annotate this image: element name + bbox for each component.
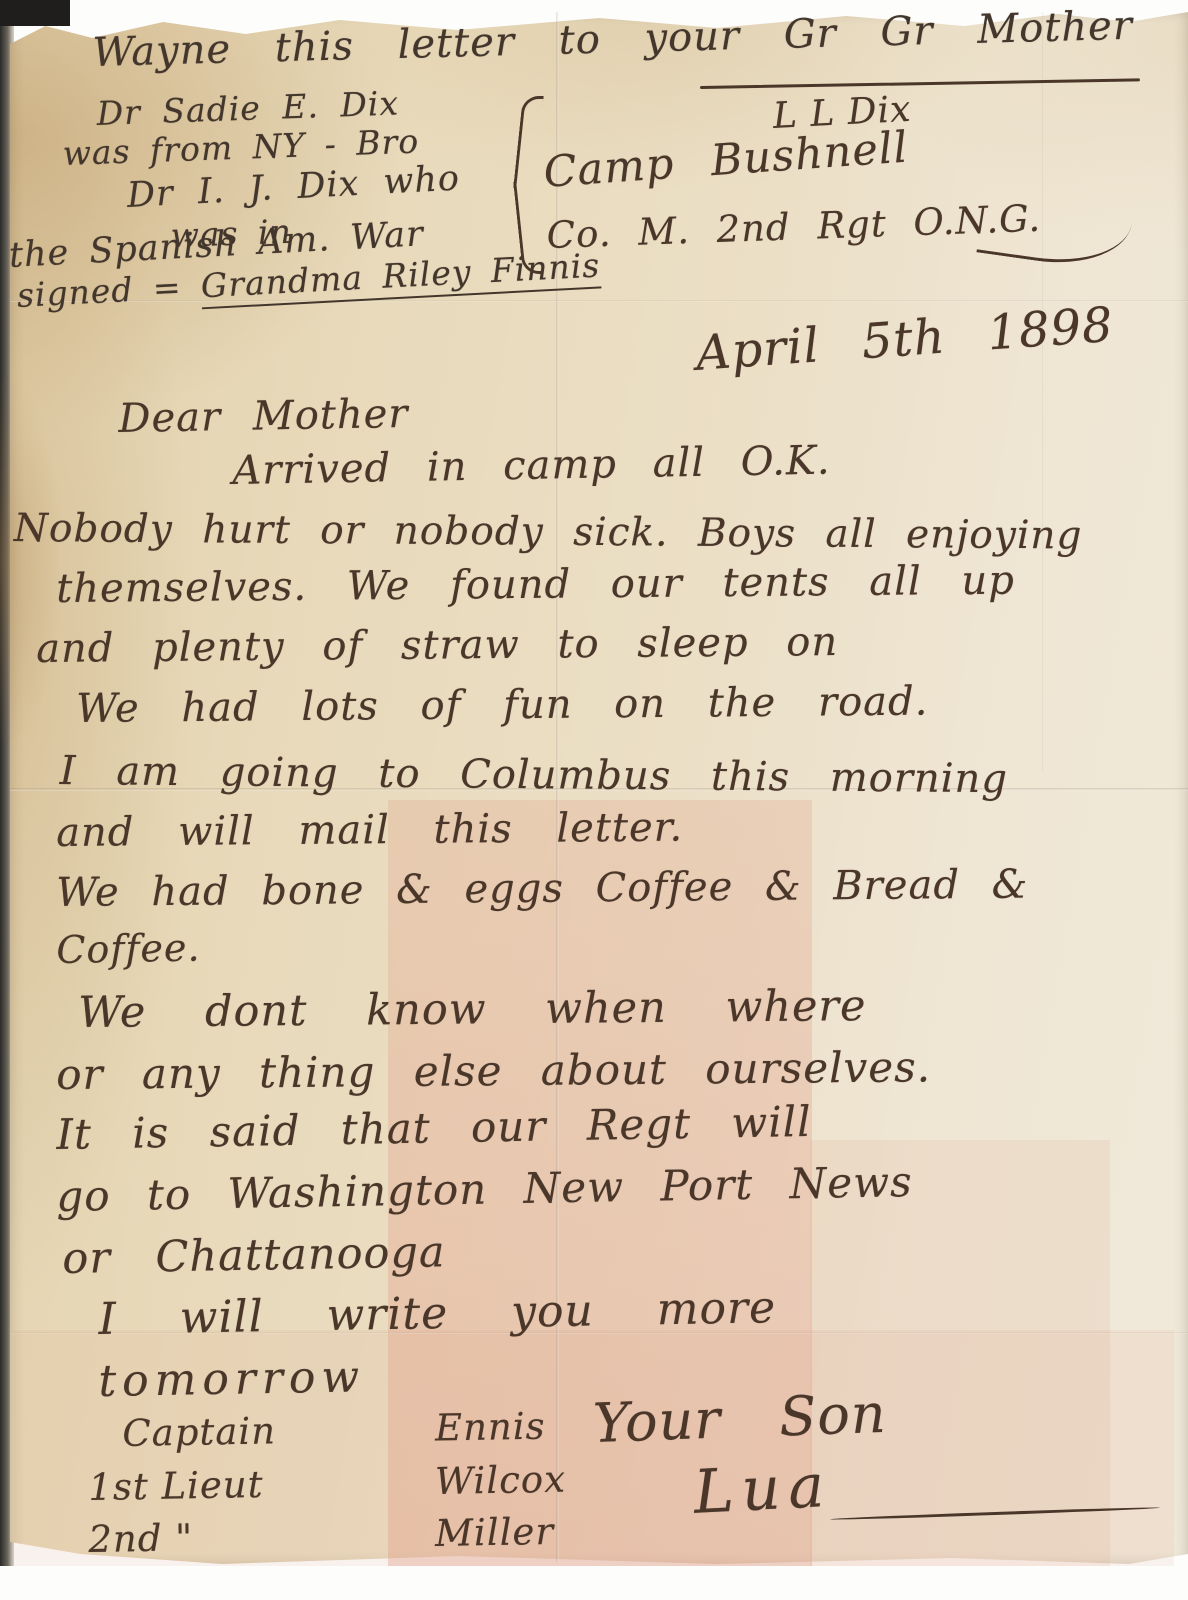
officer-name: Ennis — [435, 1405, 546, 1450]
closing-line: Your Son — [592, 1382, 888, 1455]
body-line: We had lots of fun on the road. — [76, 679, 929, 732]
officer-row: Captain Ennis — [122, 1405, 546, 1455]
brace-stroke — [506, 96, 540, 274]
scan-edge-corner — [0, 0, 70, 26]
officer-row: 1st Lieut Wilcox — [88, 1458, 566, 1509]
officer-rank: 1st Lieut — [88, 1460, 423, 1509]
officer-row: 2nd " Miller — [88, 1510, 554, 1561]
body-line: themselves. We found our tents all up — [56, 558, 1015, 612]
body-line: Coffee. — [56, 925, 201, 972]
officer-name: Miller — [435, 1510, 555, 1555]
vertical-fold-crease — [1042, 12, 1044, 772]
body-line: Nobody hurt or nobody sick. Boys all enj… — [14, 506, 1083, 558]
body-line: We dont know when where — [78, 981, 867, 1038]
body-line: or Chattanooga — [62, 1227, 446, 1284]
edge-stain — [0, 380, 60, 740]
salutation: Dear Mother — [118, 391, 409, 442]
body-line: I am going to Columbus this morning — [60, 748, 1009, 802]
body-line: and plenty of straw to sleep on — [36, 619, 838, 672]
scanned-letter: Wayne this letter to your Gr Gr Mother D… — [0, 0, 1188, 1600]
body-line: We had bone & eggs Coffee & Bread & — [56, 862, 1028, 916]
body-line: tomorrow — [98, 1351, 365, 1407]
officer-rank: 2nd " — [88, 1512, 423, 1561]
officer-rank: Captain — [122, 1407, 423, 1455]
officer-name: Wilcox — [435, 1458, 567, 1503]
body-line: and will mail this letter. — [56, 805, 683, 856]
body-line: or any thing else about ourselves. — [56, 1042, 931, 1099]
signature: Lua — [692, 1451, 834, 1528]
